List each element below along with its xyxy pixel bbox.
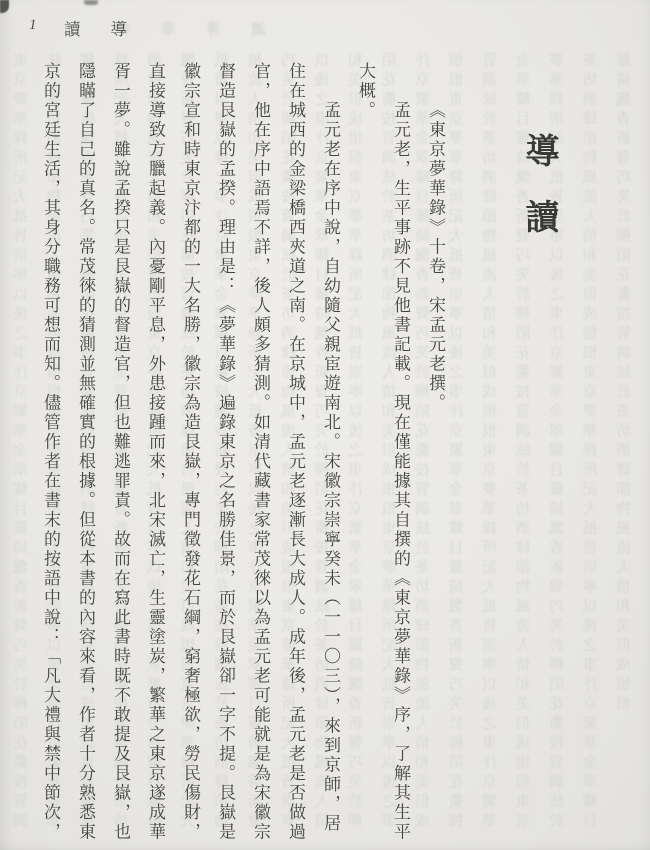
vertical-text-body: 導讀 《東京夢華錄》十卷，宋孟元老撰。 孟元老，生平事跡不見他書記載。現在僅能據… <box>33 62 562 850</box>
document-title: 導讀 <box>515 62 562 850</box>
page-header: 1 讀導華夢 讀導 <box>0 15 650 41</box>
page-number: 1 <box>29 17 37 34</box>
paragraph-bibliographic-note: 《東京夢華錄》十卷，宋孟元老撰。 <box>418 62 453 850</box>
scan-smudge-mark <box>84 0 98 5</box>
running-head: 讀導 <box>64 16 157 40</box>
paragraph-author-identity: 孟元老在序中說，自幼隨父親宦遊南北。宋徽宗崇寧癸未（一一〇三），來到京師，居住在… <box>33 62 348 850</box>
scanned-book-page: 東京夢華錄所記大抵皆崇寧以後之事汴京繁華金翠耀目羅綺飄香新聲巧笑於柳陌花衢按管調… <box>0 0 650 850</box>
paragraph-author-life: 孟元老，生平事跡不見他書記載。現在僅能據其自撰的《東京夢華錄》序，了解其生平大概… <box>348 62 418 850</box>
scan-smudge-mark <box>0 0 9 13</box>
